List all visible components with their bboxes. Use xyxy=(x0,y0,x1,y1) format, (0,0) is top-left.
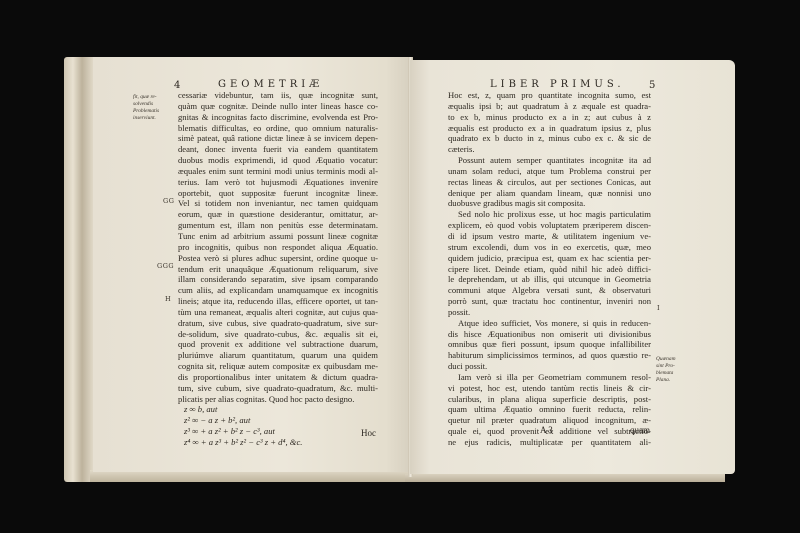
text-line: porrò sunt, quæ tractatu hoc continentur… xyxy=(448,296,651,307)
text-line: quadrato ex b ducto in z, minus cubo ex … xyxy=(448,133,651,144)
text-line: dis hisce Æquationibus non omiserit uti … xyxy=(448,329,651,340)
text-line: possit. xyxy=(448,307,651,318)
text-line: le deprehendam, ut ab illis, qui utcunqu… xyxy=(448,274,651,285)
text-line: cularibus, in plana aliqua superficie de… xyxy=(448,394,651,405)
right-body-text: Hoc est, z, quam pro quantitate incognit… xyxy=(448,90,651,448)
text-line: denique per aliam quandam lineam, quæ no… xyxy=(448,188,651,199)
equation-line: z ∞ b, aut xyxy=(178,404,378,415)
text-line: dratum, sive cubus, sive quadrato-quadra… xyxy=(178,318,378,329)
text-line: gnitas & incognitas facto discrimine, ev… xyxy=(178,112,378,123)
text-line: tendum erit unaquâque Æquationum reliqua… xyxy=(178,264,378,275)
equation-line: z² ∞ − a z + b², aut xyxy=(178,415,378,426)
text-line: to ex b, minus producto ex a in z; aut c… xyxy=(448,112,651,123)
text-line: cognita sit, reliquæ autem compositæ ex … xyxy=(178,361,378,372)
text-line: blematis difficultas, eo ordine, quo omn… xyxy=(178,123,378,134)
text-line: omnibus quæ fieri possunt, ipsum quoque … xyxy=(448,339,651,350)
text-line: quod provenit ex additione vel subtracti… xyxy=(178,339,378,350)
margin-note-line: blemata xyxy=(656,370,696,377)
text-line: communi atque Algebra versati sunt, & ob… xyxy=(448,285,651,296)
text-line: strum excolendi, dum vos in eo exercetis… xyxy=(448,242,651,253)
margin-mark-h: H xyxy=(165,295,171,303)
margin-note-line: solvendis xyxy=(133,101,175,108)
text-line: habiturum simplicissimos terminos, ad qu… xyxy=(448,350,651,361)
text-line: vi potest, hoc est, utendo tantùm rectis… xyxy=(448,383,651,394)
text-line: cum aliis, ad explicandam unamquamque ex… xyxy=(178,285,378,296)
text-line: pro incognitis, quibus non respondet ali… xyxy=(178,242,378,253)
text-line: unam solam reduci, atque tum Problema co… xyxy=(448,166,651,177)
text-line: ne ejus radicis, multiplicatæ per quanti… xyxy=(448,437,651,448)
margin-note-line: Quænam xyxy=(656,356,696,363)
text-line: Sed nolo hic prolixus esse, ut hoc magis… xyxy=(448,209,651,220)
left-catchword: Hoc xyxy=(361,428,376,438)
text-line: quàm quæ cognitæ. Deinde nullo inter lin… xyxy=(178,101,378,112)
text-line: illam considerando separatim, sive ipsam… xyxy=(178,274,378,285)
text-line: lineis; atque ita, reducendo illas, effi… xyxy=(178,296,378,307)
text-line: Possunt autem semper quantitates incogni… xyxy=(448,155,651,166)
text-line: de-solidum, sive quadrato-cubus, &c. æqu… xyxy=(178,329,378,340)
text-line: Tunc enim ad arbitrium assumi possunt li… xyxy=(178,231,378,242)
margin-mark-ggg: GGG xyxy=(157,262,174,270)
text-line: explicem, eò quod vobis voluptatem præri… xyxy=(448,220,651,231)
text-line: oportebit, quot suppositæ fuerunt incogn… xyxy=(178,188,378,199)
text-line: cipere licet. Deinde etiam, quòd nihil h… xyxy=(448,264,651,275)
right-catchword: quam xyxy=(630,425,650,435)
text-line: duobus modis exprimendi, id quod Æquatio… xyxy=(178,155,378,166)
margin-mark-gg: GG xyxy=(163,197,174,205)
margin-note-line: fit, quæ re- xyxy=(133,94,175,101)
text-line: plicatis per alias cognitas. Quod hoc pa… xyxy=(178,394,378,405)
text-line: quidem judicio, præcipua est, quam ex ha… xyxy=(448,253,651,264)
equation-line: z³ ∞ + a z² + b² z − c³, aut xyxy=(178,426,378,437)
equation-line: z⁴ ∞ + a z³ + b² z² − c³ z + d⁴, &c. xyxy=(178,437,378,448)
text-line: terius. Iam verò tot hujusmodi Æquatione… xyxy=(178,177,378,188)
text-line: æqualis est producto ex a in quadratum i… xyxy=(448,123,651,134)
text-line: cæteris. xyxy=(448,144,651,155)
text-line: deant, donec inventa fuerit via eandem q… xyxy=(178,144,378,155)
text-line: quam ultima Æquatio omnino fuerit reduct… xyxy=(448,404,651,415)
signature-mark: A 3 xyxy=(540,425,553,435)
text-line: duobusve gradibus magis sit composita. xyxy=(448,198,651,209)
text-line: Hoc est, z, quam pro quantitate incognit… xyxy=(448,90,651,101)
page-stack-edge-right xyxy=(405,474,725,482)
margin-note-line: inserviunt. xyxy=(133,115,175,122)
margin-note-line: Plana. xyxy=(656,377,696,384)
text-line: gumentum est, illam non penitùs esse det… xyxy=(178,220,378,231)
text-line: rectas lineas & circulos, aut per sectio… xyxy=(448,177,651,188)
text-line: æqualis ipsi b; aut quadratum à z æquale… xyxy=(448,101,651,112)
text-line: simè pateat, quâ ratione dictæ lineæ à s… xyxy=(178,133,378,144)
margin-note-line: sint Pro- xyxy=(656,363,696,370)
text-line: pluriúmve aliarum quantitatum, quarum un… xyxy=(178,350,378,361)
text-line: cessariæ videbuntur, tam iis, quæ incogn… xyxy=(178,90,378,101)
text-line: dis proportionalibus inter unitatem & di… xyxy=(178,372,378,383)
text-line: tùm una remaneat, æqualis alteri cognitæ… xyxy=(178,307,378,318)
text-line: Postea verò si plures adhuc supersint, o… xyxy=(178,253,378,264)
right-running-head: LIBER PRIMUS. xyxy=(490,79,625,90)
margin-note-line: Problematis xyxy=(133,108,175,115)
text-line: eorum, quæ in quæstione desiderantur, om… xyxy=(178,209,378,220)
book-cover-left-edge xyxy=(64,57,94,482)
text-line: æquales enim sunt termini modi unius ter… xyxy=(178,166,378,177)
margin-mark-i: I xyxy=(657,304,660,312)
text-line: duci possit. xyxy=(448,361,651,372)
right-margin-note: Quænam sint Pro- blemata Plana. xyxy=(656,356,696,384)
text-line: di id ipsum vestro marte, & utilitatem i… xyxy=(448,231,651,242)
text-line: Iam verò si illa per Geometriam communem… xyxy=(448,372,651,383)
text-line: Vel si totidem non inveniantur, nec tame… xyxy=(178,198,378,209)
left-running-head: GEOMETRIÆ xyxy=(218,79,323,90)
text-line: Atque ideo sufficiet, Vos monere, si qui… xyxy=(448,318,651,329)
left-margin-note: fit, quæ re- solvendis Problematis inser… xyxy=(133,94,175,122)
left-body-text: cessariæ videbuntur, tam iis, quæ incogn… xyxy=(178,90,378,448)
text-line: tum, sive cubum, sive quadrato-quadratum… xyxy=(178,383,378,394)
